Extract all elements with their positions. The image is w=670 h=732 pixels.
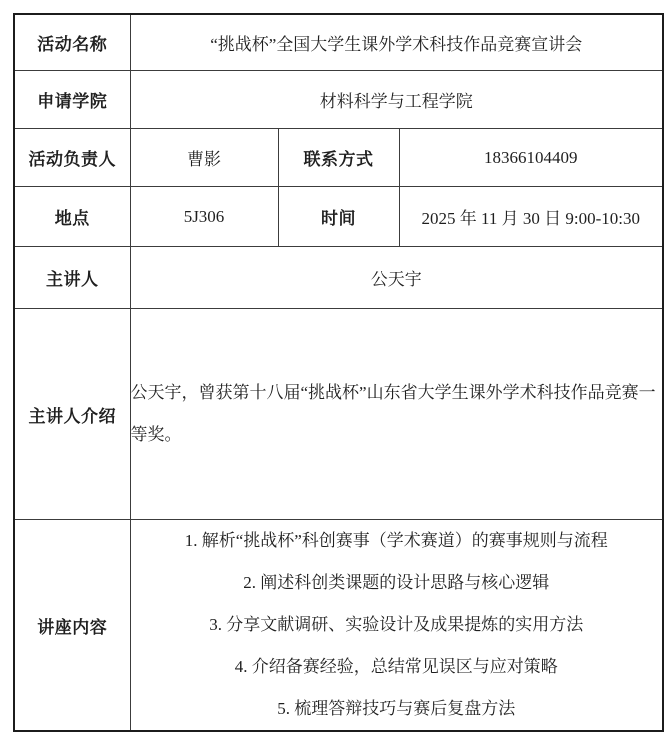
row-location-time: 地点 5J306 时间 2025 年 11 月 30 日 9:00-10:30: [14, 187, 663, 247]
activity-form: 活动名称 “挑战杯”全国大学生课外学术科技作品竞赛宣讲会 申请学院 材料科学与工…: [13, 13, 664, 732]
location-value: 5J306: [130, 187, 278, 247]
row-speaker: 主讲人 公天宇: [14, 247, 663, 309]
row-leader-contact: 活动负责人 曹影 联系方式 18366104409: [14, 129, 663, 187]
time-label: 时间: [278, 187, 399, 247]
leader-label: 活动负责人: [14, 129, 130, 187]
leader-value: 曹影: [130, 129, 278, 187]
time-value: 2025 年 11 月 30 日 9:00-10:30: [399, 187, 663, 247]
speaker-intro-value: 公天宇，曾获第十八届“挑战杯”山东省大学生课外学术科技作品竞赛一等奖。: [130, 309, 663, 520]
college-label: 申请学院: [14, 71, 130, 129]
lecture-content-item-2: 2. 阐述科创类课题的设计思路与核心逻辑: [131, 562, 663, 604]
activity-name-value: “挑战杯”全国大学生课外学术科技作品竞赛宣讲会: [130, 14, 663, 71]
lecture-content-label: 讲座内容: [14, 520, 130, 732]
lecture-content-list: 1. 解析“挑战杯”科创赛事（学术赛道）的赛事规则与流程 2. 阐述科创类课题的…: [131, 520, 663, 730]
row-lecture-content: 讲座内容 1. 解析“挑战杯”科创赛事（学术赛道）的赛事规则与流程 2. 阐述科…: [14, 520, 663, 732]
contact-label: 联系方式: [278, 129, 399, 187]
row-speaker-intro: 主讲人介绍 公天宇，曾获第十八届“挑战杯”山东省大学生课外学术科技作品竞赛一等奖…: [14, 309, 663, 520]
college-value: 材料科学与工程学院: [130, 71, 663, 129]
row-college: 申请学院 材料科学与工程学院: [14, 71, 663, 129]
lecture-content-item-5: 5. 梳理答辩技巧与赛后复盘方法: [131, 688, 663, 730]
lecture-content-item-4: 4. 介绍备赛经验，总结常见误区与应对策略: [131, 646, 663, 688]
lecture-content-value: 1. 解析“挑战杯”科创赛事（学术赛道）的赛事规则与流程 2. 阐述科创类课题的…: [130, 520, 663, 732]
speaker-intro-paragraph: 公天宇，曾获第十八届“挑战杯”山东省大学生课外学术科技作品竞赛一等奖。: [131, 372, 663, 456]
row-activity-name: 活动名称 “挑战杯”全国大学生课外学术科技作品竞赛宣讲会: [14, 14, 663, 71]
lecture-content-item-1: 1. 解析“挑战杯”科创赛事（学术赛道）的赛事规则与流程: [131, 520, 663, 562]
contact-value: 18366104409: [399, 129, 663, 187]
speaker-intro-label: 主讲人介绍: [14, 309, 130, 520]
location-label: 地点: [14, 187, 130, 247]
speaker-value: 公天宇: [130, 247, 663, 309]
activity-form-table: 活动名称 “挑战杯”全国大学生课外学术科技作品竞赛宣讲会 申请学院 材料科学与工…: [13, 13, 664, 732]
lecture-content-item-3: 3. 分享文献调研、实验设计及成果提炼的实用方法: [131, 604, 663, 646]
activity-name-label: 活动名称: [14, 14, 130, 71]
speaker-label: 主讲人: [14, 247, 130, 309]
